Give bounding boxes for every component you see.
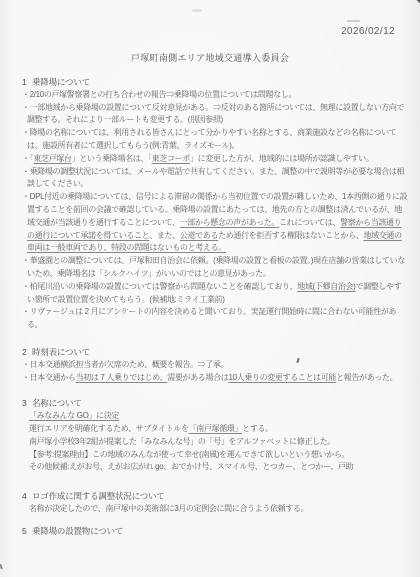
text-segment: ・リヴァージュは 2 月にアンケートの内容を決めると聞いており、実証運行開始時に… bbox=[22, 307, 396, 329]
scan-artifact-smudge bbox=[192, 9, 202, 12]
text-segment: 一部から懸念の声があった。 bbox=[180, 218, 279, 227]
section-title: 時刻表について bbox=[32, 347, 90, 357]
bullet-item: ・降場の名称については、利用される皆さんにとって分かりやすい名称とする、商業施設… bbox=[22, 127, 408, 153]
bullet-item: ・一部地域から乗降場の設置について反対意見がある。⇒反対のある箇所については、無… bbox=[22, 102, 408, 128]
text-segment: 、また、 bbox=[149, 231, 180, 240]
bullet-item: ・2/10の戸塚警察署との打ち合わせの報告⇒乗降場の位置については問題なし。 bbox=[22, 89, 408, 102]
body-line: 運行エリアを明確化するため、サブタイトルを「南戸塚循環」とする。 bbox=[22, 423, 408, 436]
text-segment: 」という乗降場名は、「 bbox=[72, 154, 152, 163]
section-title: 乗降場の設置物について bbox=[32, 526, 123, 536]
text-segment: 公道である bbox=[180, 231, 218, 240]
bullet-item: ・日本交通横浜担当者が欠席のため、概要を報告。⇒了承。 bbox=[22, 359, 408, 372]
text-segment: とする。 bbox=[242, 424, 273, 433]
section-number: 5 bbox=[22, 525, 32, 538]
text-segment: 需要がある場合は bbox=[167, 373, 228, 382]
text-segment: 東芝コーポ bbox=[152, 154, 190, 163]
scanned-document-page: 2026/02/12 戸塚町南側エリア地域交通導入委員会 1乗降場について ・2… bbox=[0, 0, 420, 577]
scan-artifact-speck bbox=[0, 564, 3, 569]
text-segment: 東芝戸塚台 bbox=[33, 154, 71, 163]
text-segment: 地域(下郷自治会) bbox=[297, 282, 355, 291]
text-segment: ・乗降場の調整状況については、メールや電話で共有してください。また、調整の中で説… bbox=[22, 167, 404, 189]
section-heading: 4ロゴ作成に関する調整状況について bbox=[22, 490, 408, 503]
bullet-item: ・華盛園との調整については、戸塚和田自治会に依頼。(乗降場の設置と看板の設置。)… bbox=[22, 255, 408, 281]
section-1-boarding-areas: 1乗降場について ・2/10の戸塚警察署との打ち合わせの報告⇒乗降場の位置につい… bbox=[22, 76, 408, 332]
text-segment: 【参考:提案理由】この地域のみんなが使って幸せ(南風)を運んできて欲しいという想… bbox=[29, 450, 349, 459]
bullet-item: ・日本交通から当初は 7 人乗りではじめ、需要がある場合は10人乗りの変更するこ… bbox=[22, 372, 408, 385]
text-segment: 名称が決定したので、南戸塚中の美術部に3月の定例会に間に合うよう依頼する。 bbox=[29, 504, 308, 513]
body-line: 【参考:提案理由】この地域のみんなが使って幸せ(南風)を運んできて欲しいという想… bbox=[22, 449, 408, 462]
document-date: 2026/02/12 bbox=[341, 26, 395, 37]
document-title: 戸塚町南側エリア地域交通導入委員会 bbox=[0, 51, 420, 64]
text-segment: ため通行を拒否する権限はないことから、 bbox=[218, 231, 363, 240]
section-number: 2 bbox=[22, 346, 32, 359]
bullet-item: ・乗降場の調整状況については、メールや電話で共有してください。また、調整の中で説… bbox=[22, 166, 408, 192]
text-segment: ・華盛園との調整については、戸塚和田自治会に依頼。(乗降場の設置と看板の設置。)… bbox=[22, 256, 405, 278]
bullet-item: ・リヴァージュは 2 月にアンケートの内容を決めると聞いており、実証運行開始時に… bbox=[22, 306, 408, 332]
text-segment: と報告があった。 bbox=[336, 373, 397, 382]
text-segment: 「南戸塚循環」 bbox=[189, 424, 243, 433]
text-segment: 当初は 7 人乗りではじめ、 bbox=[76, 373, 168, 382]
text-segment: ・降場の名称については、利用される皆さんにとって分かりやすい名称とする、商業施設… bbox=[22, 128, 396, 150]
text-segment: 「みなみんな GO」に決定 bbox=[29, 411, 119, 420]
body-line: 「みなみんな GO」に決定 bbox=[22, 410, 408, 423]
text-segment: ・一部地域から乗降場の設置について反対意見がある。⇒反対のある箇所については、無… bbox=[22, 103, 404, 125]
text-segment: その他候補:えがお号、えがお広がれ go、おでかけ号、スマイル号、とつカー、とつ… bbox=[29, 462, 353, 471]
section-heading: 1乗降場について bbox=[22, 76, 408, 89]
section-3-service-name: 3名称について 「みなみんな GO」に決定 運行エリアを明確化するため、サブタイ… bbox=[22, 397, 408, 474]
body-line: その他候補:えがお号、えがお広がれ go、おでかけ号、スマイル号、とつカー、とつ… bbox=[22, 461, 408, 474]
bullet-item: ・「東芝戸塚台」という乗降場名は、「東芝コーポ」に変更した方が、地域的には場所が… bbox=[22, 153, 408, 166]
body-line: 名称が決定したので、南戸塚中の美術部に3月の定例会に間に合うよう依頼する。 bbox=[22, 503, 408, 516]
bullet-item: ・DPL付近の乗降場については、信号による滞留の関係から当初位置での設置が難しい… bbox=[22, 191, 408, 255]
text-segment: 」に変更した方が、地域的には場所が認識しやすい。 bbox=[190, 154, 374, 163]
text-segment: ・「 bbox=[22, 154, 33, 163]
section-heading: 5乗降場の設置物について bbox=[22, 525, 408, 538]
text-segment: ・日本交通から bbox=[22, 373, 76, 382]
section-4-logo-status: 4ロゴ作成に関する調整状況について 名称が決定したので、南戸塚中の美術部に3月の… bbox=[22, 490, 408, 516]
text-segment: 運行エリアを明確化するため、サブタイトルを bbox=[29, 424, 189, 433]
text-segment: これについては、 bbox=[279, 218, 340, 227]
section-heading: 2時刻表について bbox=[22, 346, 408, 359]
section-heading: 3名称について bbox=[22, 397, 408, 410]
bullet-item: ・柏尾川沿いの乗降場の設置については警察から問題ないことを確認しており、地域(下… bbox=[22, 281, 408, 307]
section-5-stop-fixtures: 5乗降場の設置物について bbox=[22, 525, 408, 538]
text-segment: ・柏尾川沿いの乗降場の設置については警察から問題ないことを確認しており、 bbox=[22, 282, 297, 291]
scan-artifact-corner bbox=[414, 0, 420, 6]
section-title: 乗降場について bbox=[32, 77, 90, 87]
section-number: 4 bbox=[22, 490, 32, 503]
section-title: 名称について bbox=[32, 398, 82, 408]
section-number: 1 bbox=[22, 76, 32, 89]
document-body: 1乗降場について ・2/10の戸塚警察署との打ち合わせの報告⇒乗降場の位置につい… bbox=[22, 76, 408, 538]
text-segment: 10人乗りの変更することは可能 bbox=[228, 373, 336, 382]
text-segment: 南戸塚小学校3年2組が提案した「みなみんな号」の「号」をアルファベットに修正した… bbox=[29, 437, 335, 446]
text-segment: ・2/10の戸塚警察署との打ち合わせの報告⇒乗降場の位置については問題なし。 bbox=[22, 90, 296, 99]
text-segment: ・日本交通横浜担当者が欠席のため、概要を報告。⇒了承。 bbox=[22, 360, 228, 369]
scan-artifact-smudge bbox=[347, 20, 360, 22]
section-2-timetable: 2時刻表について ・日本交通横浜担当者が欠席のため、概要を報告。⇒了承。 ・日本… bbox=[22, 346, 408, 384]
section-title: ロゴ作成に関する調整状況について bbox=[32, 491, 165, 501]
section-number: 3 bbox=[22, 397, 32, 410]
body-line: 南戸塚小学校3年2組が提案した「みなみんな号」の「号」をアルファベットに修正した… bbox=[22, 436, 408, 449]
